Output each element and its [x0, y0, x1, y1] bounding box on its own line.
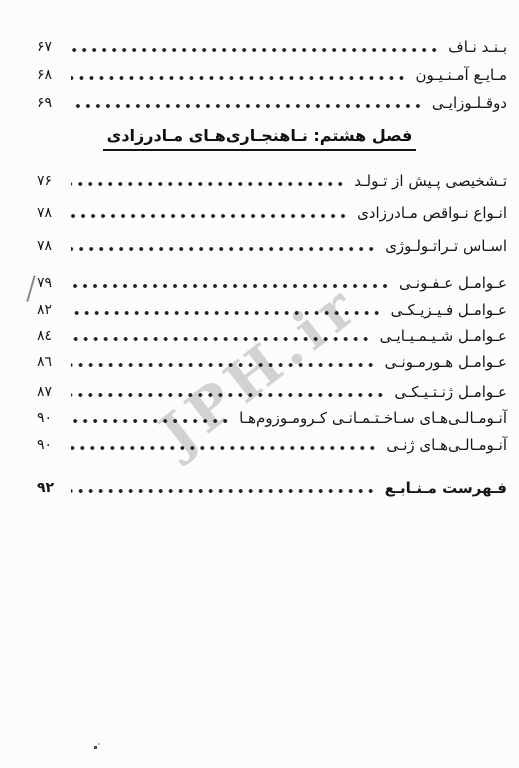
entry-label: مـایـع آمـنـیـون [415, 66, 507, 84]
ink-speck [94, 746, 97, 749]
toc-entry: ۷۸ انـواع نـواقص مـادرزادی [0, 202, 519, 224]
entry-label: عـوامـل شـیـمـیـایـی [380, 327, 507, 345]
page-number: ۷۶ [37, 173, 65, 189]
dot-leader [71, 392, 385, 398]
entry-label: آنـومـالـی‌هـای سـاخـتـمـانـی کـرومـوزوم… [239, 409, 507, 427]
dot-leader [71, 362, 376, 368]
entry-label: عـوامـل هـورمـونـی [385, 353, 507, 371]
chapter-heading: فصل هشتم: نـاهنجـاری‌هـای مـادرزادی [0, 126, 519, 151]
dot-leader [71, 47, 439, 53]
chapter-heading-text: فصل هشتم: نـاهنجـاری‌هـای مـادرزادی [103, 126, 417, 151]
page-number: ۹۰ [37, 437, 65, 453]
page-number: ۹۲ [37, 480, 65, 496]
toc-entry: ۸۷ عـوامـل ژنـتـیـکـی [0, 381, 519, 403]
dot-leader [71, 213, 348, 219]
dot-leader [71, 75, 406, 81]
toc-entry: ۹۰ آنـومـالـی‌هـای ژنـی [0, 434, 519, 456]
dot-leader [71, 336, 371, 342]
toc-entry: ۸۲ عـوامـل فـیـزیـکـی [0, 299, 519, 321]
toc-entry: ۶۹ دوقـلـوزایـی [0, 92, 519, 114]
toc-entry: ۸٤ عـوامـل شـیـمـیـایـی [0, 325, 519, 347]
entry-label: فـهرست مـنـابـع [385, 479, 507, 497]
page-number: ۶۹ [37, 95, 65, 111]
page-number: ۶۷ [37, 39, 65, 55]
dot-leader [71, 283, 390, 289]
entry-label: بـنـد نـاف [448, 38, 507, 56]
scanned-toc-page: JPH.ir ۶۷ بـنـد نـاف ۶۸ مـایـع آمـنـیـون… [0, 0, 519, 768]
entry-label: انـواع نـواقص مـادرزادی [357, 204, 507, 222]
dot-leader [71, 246, 376, 252]
dot-leader [71, 445, 377, 451]
entry-label: آنـومـالـی‌هـای ژنـی [386, 436, 507, 454]
entry-label: عـوامـل فـیـزیـکـی [391, 301, 507, 319]
dot-leader [71, 488, 376, 494]
page-number: ۶۸ [37, 67, 65, 83]
entry-label: تـشخیصی پـیش از تـولـد [354, 172, 507, 190]
page-number: ۸۲ [37, 302, 65, 318]
entry-label: عـوامـل عـفـونـی [399, 274, 507, 292]
dot-leader [71, 103, 423, 109]
page-number: ۸۷ [37, 384, 65, 400]
page-number: ۷۸ [37, 238, 65, 254]
entry-label: عـوامـل ژنـتـیـکـی [394, 383, 507, 401]
toc-entry-references: ۹۲ فـهرست مـنـابـع [0, 477, 519, 499]
toc-entry: ۷۹ عـوامـل عـفـونـی [0, 272, 519, 294]
dot-leader [71, 418, 230, 424]
page-number: ۷۹ [37, 275, 65, 291]
toc-entry: ۹۰ آنـومـالـی‌هـای سـاخـتـمـانـی کـرومـو… [0, 407, 519, 429]
entry-label: دوقـلـوزایـی [432, 94, 507, 112]
toc-entry: ۷۸ اسـاس تـراتـولـوژی [0, 235, 519, 257]
page-number: ۸٤ [37, 328, 65, 344]
toc-entry: ۶۷ بـنـد نـاف [0, 36, 519, 58]
page-number: ۸٦ [37, 354, 65, 370]
page-number: ۹۰ [37, 410, 65, 426]
page-number: ۷۸ [37, 205, 65, 221]
toc-entry: ۶۸ مـایـع آمـنـیـون [0, 64, 519, 86]
dot-leader [71, 181, 345, 187]
toc-entry: ۷۶ تـشخیصی پـیش از تـولـد [0, 170, 519, 192]
entry-label: اسـاس تـراتـولـوژی [385, 237, 507, 255]
dot-leader [71, 310, 382, 316]
toc-entry: ۸٦ عـوامـل هـورمـونـی [0, 351, 519, 373]
